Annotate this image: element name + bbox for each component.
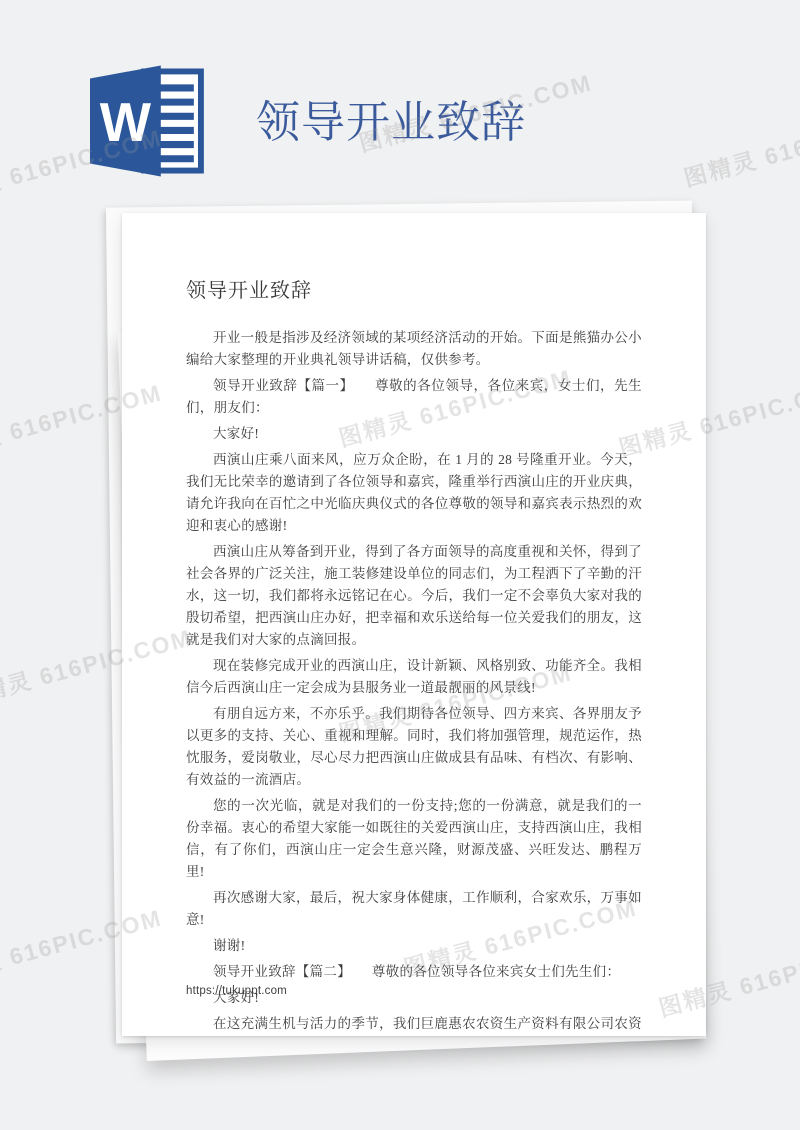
doc-paragraph: 在这充满生机与活力的季节，我们巨鹿惠农农资生产资料有限公司农资超 <box>186 1013 642 1036</box>
page-title: 领导开业致辞 <box>256 86 526 150</box>
footer-url: https://tukuppt.com <box>186 985 287 997</box>
doc-paragraph: 再次感谢大家，最后，祝大家身体健康，工作顺利，合家欢乐，万事如意! <box>186 887 642 931</box>
preview-image: W 领导开业致辞 领导开业致辞 开业一般是指涉及经济领域的某项经济活动的开始。下… <box>0 0 800 1130</box>
word-file-icon: W <box>90 62 208 180</box>
doc-paragraph: 西演山庄从筹备到开业，得到了各方面领导的高度重视和关怀，得到了社会各界的广泛关注… <box>186 541 642 651</box>
word-icon-letter: W <box>100 92 152 153</box>
doc-paragraph: 领导开业致辞【篇二】 尊敬的各位领导各位来宾女士们先生们： <box>186 961 642 983</box>
doc-paragraph: 现在装修完成开业的西演山庄，设计新颖、风格别致、功能齐全。我相信今后西演山庄一定… <box>186 655 642 699</box>
document-heading: 领导开业致辞 <box>186 279 642 303</box>
doc-paragraph: 开业一般是指涉及经济领域的某项经济活动的开始。下面是熊猫办公小编给大家整理的开业… <box>186 327 642 371</box>
banner: W 领导开业致辞 <box>0 0 800 210</box>
document-page: 领导开业致辞 开业一般是指涉及经济领域的某项经济活动的开始。下面是熊猫办公小编给… <box>122 213 706 1036</box>
doc-paragraph: 您的一次光临，就是对我们的一份支持;您的一份满意，就是我们的一份幸福。衷心的希望… <box>186 795 642 883</box>
doc-paragraph: 有朋自远方来，不亦乐乎。我们期待各位领导、四方来宾、各界朋友予以更多的支持、关心… <box>186 703 642 791</box>
doc-paragraph: 西演山庄乘八面来风，应万众企盼，在 1 月的 28 号隆重开业。今天，我们无比荣… <box>186 449 642 537</box>
doc-paragraph: 大家好! <box>186 423 642 445</box>
doc-paragraph: 领导开业致辞【篇一】 尊敬的各位领导，各位来宾，女士们，先生们，朋友们： <box>186 375 642 419</box>
doc-paragraph: 谢谢! <box>186 935 642 957</box>
